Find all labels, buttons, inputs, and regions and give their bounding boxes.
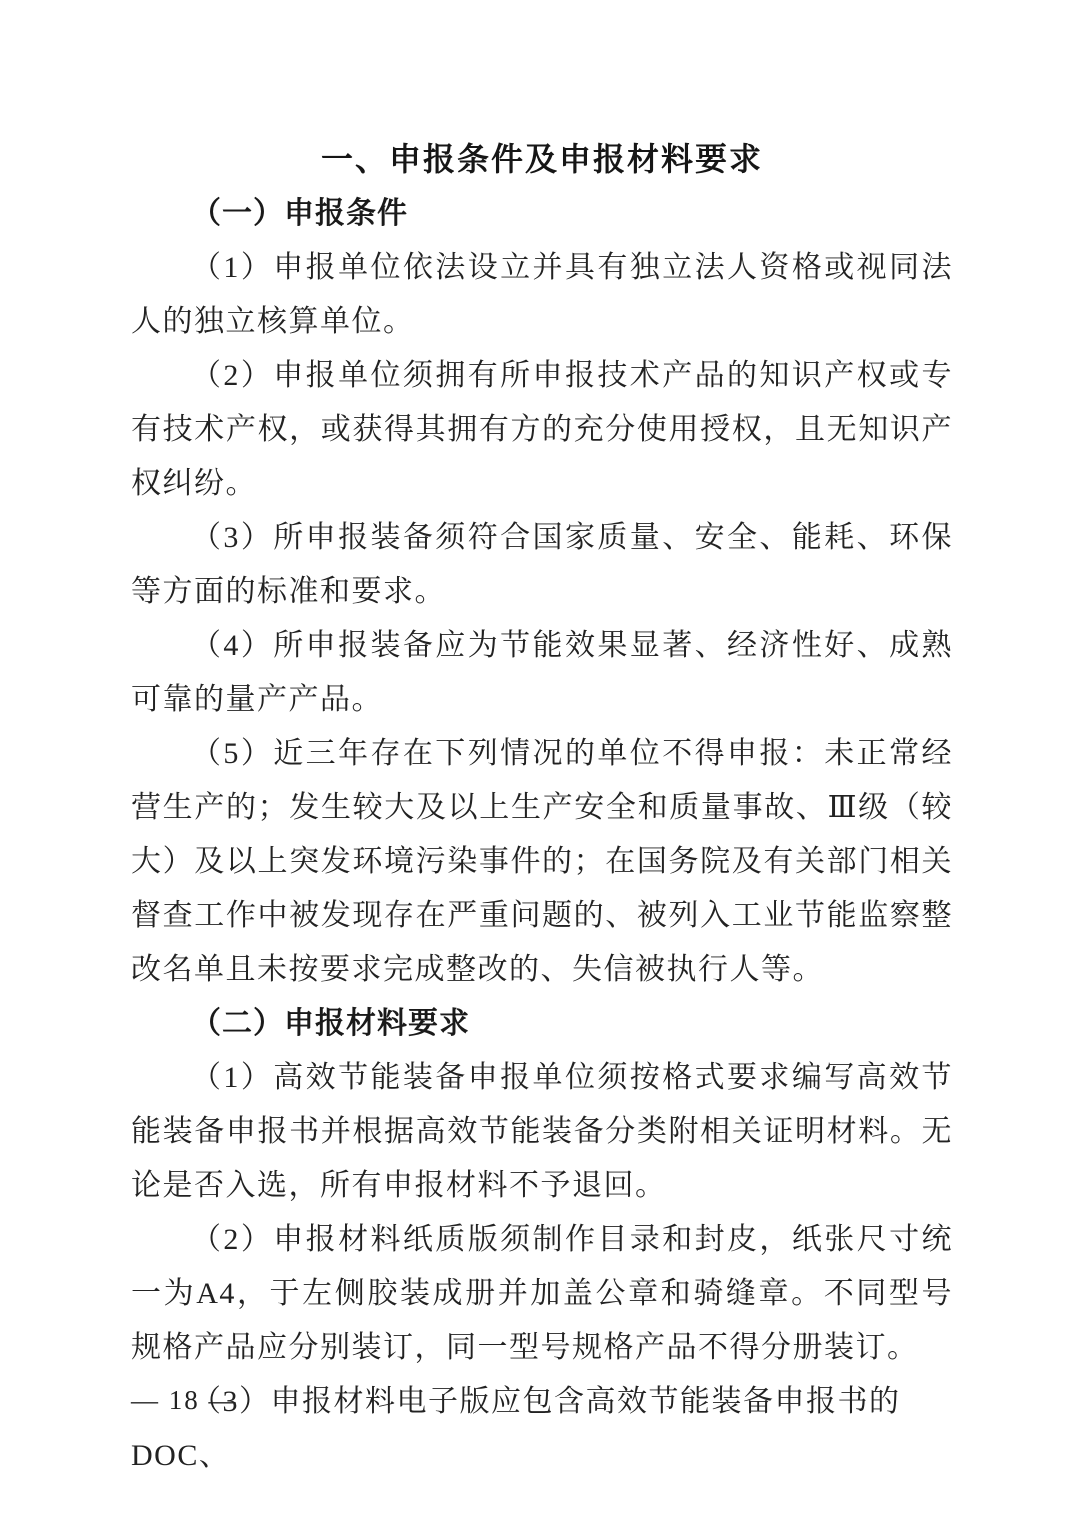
- doc-title: 一、申报条件及申报材料要求: [131, 131, 953, 187]
- paragraph-material-3: （3）申报材料电子版应包含高效节能装备申报书的 DOC、: [131, 1375, 953, 1483]
- paragraph-condition-3: （3）所申报装备须符合国家质量、安全、能耗、环保等方面的标准和要求。: [131, 511, 953, 619]
- paragraph-condition-2: （2）申报单位须拥有所申报技术产品的知识产权或专有技术产权，或获得其拥有方的充分…: [131, 349, 953, 511]
- page-number: — 18 —: [131, 1384, 238, 1416]
- document-page: 一、申报条件及申报材料要求 （一）申报条件 （1）申报单位依法设立并具有独立法人…: [0, 0, 1080, 1527]
- paragraph-material-1: （1）高效节能装备申报单位须按格式要求编写高效节能装备申报书并根据高效节能装备分…: [131, 1051, 953, 1213]
- paragraph-condition-1: （1）申报单位依法设立并具有独立法人资格或视同法人的独立核算单位。: [131, 241, 953, 349]
- section-heading-application-conditions: （一）申报条件: [131, 187, 953, 241]
- section-heading-material-requirements: （二）申报材料要求: [131, 997, 953, 1051]
- paragraph-condition-5: （5）近三年存在下列情况的单位不得申报：未正常经营生产的；发生较大及以上生产安全…: [131, 727, 953, 997]
- paragraph-condition-4: （4）所申报装备应为节能效果显著、经济性好、成熟可靠的量产产品。: [131, 619, 953, 727]
- paragraph-material-2: （2）申报材料纸质版须制作目录和封皮，纸张尺寸统一为A4，于左侧胶装成册并加盖公…: [131, 1213, 953, 1375]
- document-body: 一、申报条件及申报材料要求 （一）申报条件 （1）申报单位依法设立并具有独立法人…: [131, 131, 953, 1483]
